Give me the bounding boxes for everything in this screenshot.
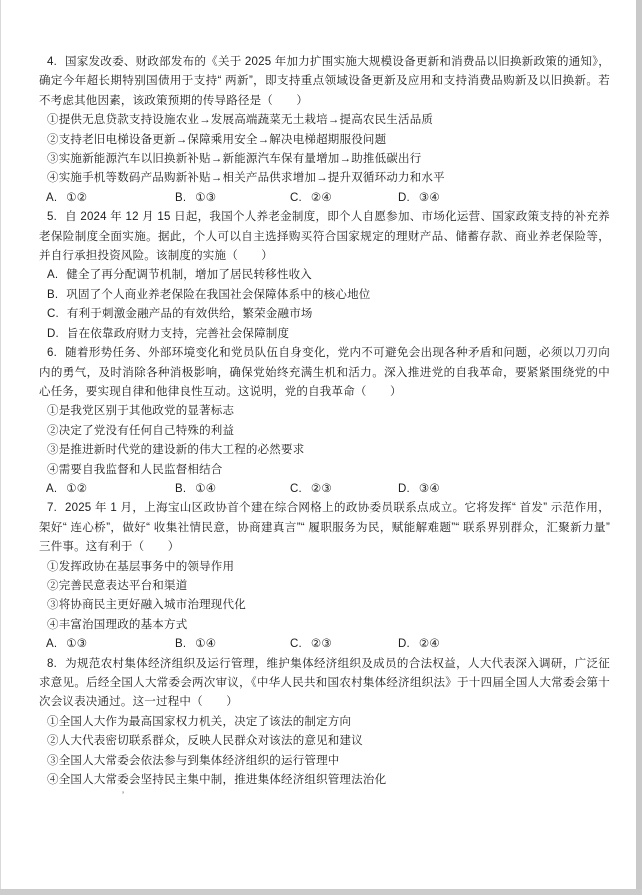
question-stem-text: 自 2024 年 12 月 15 日起，我国个人养老金制度，即个人自愿参加、市场… (39, 211, 610, 262)
choice-c: C.②③ (290, 635, 398, 654)
statement-4: ④丰富治国理政的基本方式 (39, 616, 610, 635)
choice-d-label: D. (398, 483, 410, 495)
choice-d-label: D. (47, 328, 59, 340)
question-number: 4. (47, 56, 57, 68)
statement-3: ③将协商民主更好融入城市治理现代化 (39, 596, 610, 615)
choice-a-value: ①② (66, 192, 87, 204)
question-number: 7. (47, 502, 57, 514)
choice-d-label: D. (398, 192, 410, 204)
choice-b: B.①③ (175, 189, 290, 208)
statement-2: ②决定了党没有任何自己特殊的利益 (39, 422, 610, 441)
question-stem: 7.2025 年 1 月，上海宝山区政协首个建在综合网格上的政协委员联系点成立。… (39, 499, 610, 557)
question-stem: 4.国家发改委、财政部发布的《关于 2025 年加力扩围实施大规模设备更新和消费… (39, 53, 610, 111)
choice-a-label: A. (46, 638, 57, 650)
choice-d: D.③④ (398, 480, 610, 499)
choice-a-value: 健全了再分配调节机制，增加了居民转移性收入 (66, 269, 312, 281)
choice-c-value: ②③ (311, 638, 332, 650)
statement-1: ①发挥政协在基层事务中的领导作用 (39, 558, 610, 577)
question-4: 4.国家发改委、财政部发布的《关于 2025 年加力扩围实施大规模设备更新和消费… (39, 53, 610, 208)
statement-1: ①提供无息贷款支持设施农业→发展高端蔬菜无土栽培→提高农民生活品质 (39, 111, 610, 130)
choice-c-label: C. (47, 308, 59, 320)
choice-c-label: C. (290, 483, 302, 495)
choice-c-value: ②③ (311, 483, 332, 495)
page-left-border (0, 0, 1, 895)
choice-b: B.巩固了个人商业养老保险在我国社会保障体系中的核心地位 (39, 286, 610, 305)
choice-a: A.①③ (46, 635, 175, 654)
choice-b-label: B. (175, 638, 186, 650)
choice-d-label: D. (398, 638, 410, 650)
vertical-scrollbar[interactable] (636, 0, 642, 895)
statement-1: ①全国人大作为最高国家权力机关，决定了该法的制定方向 (39, 713, 610, 732)
choices-row: A.①② B.①④ C.②③ D.③④ (39, 480, 610, 499)
choice-b: B.①④ (175, 635, 290, 654)
choice-d: D.②④ (398, 635, 610, 654)
statement-1: ①是我党区别于其他政党的显著标志 (39, 402, 610, 421)
question-6: 6.随着形势任务、外部环境变化和党员队伍自身变化，党内不可避免会出现各种矛盾和问… (39, 344, 610, 499)
choices-row: A.①③ B.①④ C.②③ D.②④ (39, 635, 610, 654)
choice-b-value: ①④ (195, 638, 216, 650)
choice-d-value: ③④ (419, 483, 440, 495)
statement-3: ③实施新能源汽车以旧换新补贴→新能源汽车保有量增加→助推低碳出行 (39, 150, 610, 169)
question-7: 7.2025 年 1 月，上海宝山区政协首个建在综合网格上的政协委员联系点成立。… (39, 499, 610, 654)
choice-c: C.②③ (290, 480, 398, 499)
choice-c-value: 有利于刺激金融产品的有效供给，繁荣金融市场 (67, 308, 313, 320)
question-stem: 5.自 2024 年 12 月 15 日起，我国个人养老金制度，即个人自愿参加、… (39, 208, 610, 266)
horizontal-scrollbar[interactable] (0, 889, 642, 895)
choice-a: A.①② (46, 480, 175, 499)
document-page: 4.国家发改委、财政部发布的《关于 2025 年加力扩围实施大规模设备更新和消费… (0, 0, 642, 895)
choice-a-value: ①③ (66, 638, 87, 650)
statement-2: ②支持老旧电梯设备更新→保障乘用安全→解决电梯超期服役问题 (39, 131, 610, 150)
choice-d-value: ③④ (419, 192, 440, 204)
choice-d-value: 旨在依靠政府财力支持，完善社会保障制度 (67, 328, 289, 340)
choice-d-value: ②④ (419, 638, 440, 650)
question-stem-text: 随着形势任务、外部环境变化和党员队伍自身变化，党内不可避免会出现各种矛盾和问题，… (39, 347, 610, 398)
choice-c-label: C. (290, 192, 302, 204)
statement-4: ④实施手机等数码产品购新补贴→相关产品供求增加→提升双循环动力和水平 (39, 169, 610, 188)
choice-a: A.①② (46, 189, 175, 208)
choices-row: A.①② B.①③ C.②④ D.③④ (39, 189, 610, 208)
question-stem-text: 为规范农村集体经济组织及运行管理，维护集体经济组织及成员的合法权益，人大代表深入… (39, 658, 610, 709)
choice-a-value: ①② (66, 483, 87, 495)
choice-a: A.健全了再分配调节机制，增加了居民转移性收入 (39, 266, 610, 285)
choice-d: D.③④ (398, 189, 610, 208)
choice-c-label: C. (290, 638, 302, 650)
choice-a-label: A. (46, 483, 57, 495)
choice-b-value: 巩固了个人商业养老保险在我国社会保障体系中的核心地位 (66, 289, 370, 301)
choice-b-label: B. (175, 192, 186, 204)
choice-b-value: ①③ (195, 192, 216, 204)
question-stem-text: 2025 年 1 月，上海宝山区政协首个建在综合网格上的政协委员联系点成立。它将… (39, 502, 610, 553)
statement-3: ③全国人大常委会依法参与到集体经济组织的运行管理中 (39, 752, 610, 771)
choice-c: C.有利于刺激金融产品的有效供给，繁荣金融市场 (39, 305, 610, 324)
statement-2: ②人大代表密切联系群众，反映人民群众对该法的意见和建议 (39, 732, 610, 751)
scan-artifact-mark: ’ (122, 791, 124, 800)
choice-a-label: A. (47, 269, 58, 281)
question-5: 5.自 2024 年 12 月 15 日起，我国个人养老金制度，即个人自愿参加、… (39, 208, 610, 344)
statement-2: ②完善民意表达平台和渠道 (39, 577, 610, 596)
choice-b-label: B. (47, 289, 58, 301)
choice-b-value: ①④ (195, 483, 216, 495)
question-stem-text: 国家发改委、财政部发布的《关于 2025 年加力扩围实施大规模设备更新和消费品以… (39, 56, 610, 107)
choice-b: B.①④ (175, 480, 290, 499)
question-stem: 6.随着形势任务、外部环境变化和党员队伍自身变化，党内不可避免会出现各种矛盾和问… (39, 344, 610, 402)
choice-d: D.旨在依靠政府财力支持，完善社会保障制度 (39, 325, 610, 344)
choice-c-value: ②④ (311, 192, 332, 204)
statement-4: ④全国人大常委会坚持民主集中制，推进集体经济组织管理法治化 (39, 771, 610, 790)
question-number: 6. (47, 347, 57, 359)
choice-c: C.②④ (290, 189, 398, 208)
exam-text-content: 4.国家发改委、财政部发布的《关于 2025 年加力扩围实施大规模设备更新和消费… (39, 53, 610, 790)
question-stem: 8.为规范农村集体经济组织及运行管理，维护集体经济组织及成员的合法权益，人大代表… (39, 655, 610, 713)
choice-b-label: B. (175, 483, 186, 495)
statement-4: ④需要自我监督和人民监督相结合 (39, 461, 610, 480)
choice-a-label: A. (46, 192, 57, 204)
question-8: 8.为规范农村集体经济组织及运行管理，维护集体经济组织及成员的合法权益，人大代表… (39, 655, 610, 791)
statement-3: ③是推进新时代党的建设新的伟大工程的必然要求 (39, 441, 610, 460)
question-number: 5. (47, 211, 57, 223)
question-number: 8. (47, 658, 57, 670)
